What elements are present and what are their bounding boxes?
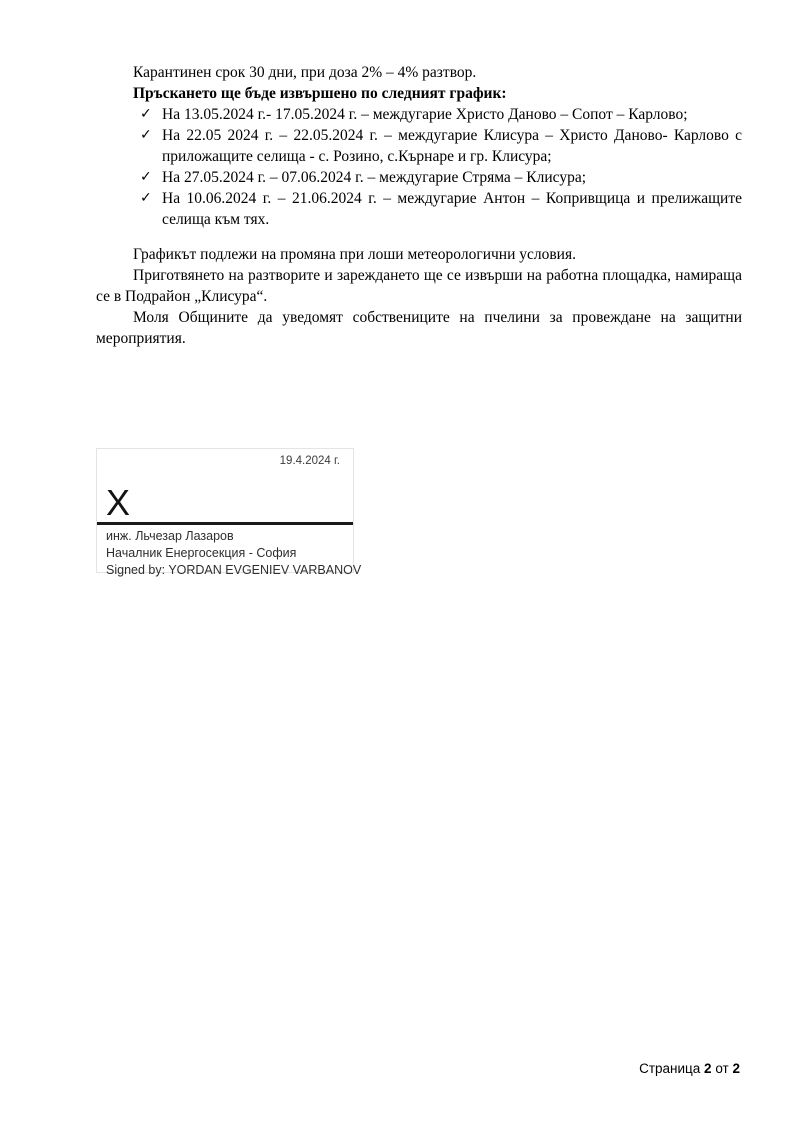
- schedule-item: ✓ На 13.05.2024 г.- 17.05.2024 г. – межд…: [96, 104, 742, 125]
- footer-page-number: 2: [704, 1061, 712, 1076]
- signature-x-mark: X: [106, 485, 130, 521]
- signature-date: 19.4.2024 г.: [280, 455, 340, 467]
- preparation-paragraph: Приготвянето на разтворите и зареждането…: [96, 265, 742, 307]
- municipalities-paragraph: Моля Общините да уведомят собствениците …: [96, 307, 742, 349]
- signer-name: инж. Льчезар Лазаров: [106, 528, 349, 545]
- footer-total-pages: 2: [732, 1061, 740, 1076]
- schedule-item-text: На 22.05 2024 г. – 22.05.2024 г. – между…: [162, 127, 742, 165]
- quarantine-paragraph: Карантинен срок 30 дни, при доза 2% – 4%…: [96, 62, 742, 83]
- signature-details: инж. Льчезар Лазаров Началник Енергосекц…: [106, 528, 349, 579]
- document-body: Карантинен срок 30 дни, при доза 2% – 4%…: [96, 62, 742, 349]
- signed-by-line: Signed by: YORDAN EVGENIEV VARBANOV: [106, 562, 349, 579]
- checkmark-icon: ✓: [140, 188, 152, 209]
- schedule-item-text: На 10.06.2024 г. – 21.06.2024 г. – между…: [162, 190, 742, 228]
- schedule-list: ✓ На 13.05.2024 г.- 17.05.2024 г. – межд…: [96, 104, 742, 230]
- checkmark-icon: ✓: [140, 167, 152, 188]
- footer-page-label: Страница: [639, 1061, 700, 1076]
- signature-line: [97, 522, 353, 525]
- schedule-item: ✓ На 22.05 2024 г. – 22.05.2024 г. – меж…: [96, 125, 742, 167]
- digital-signature-block: 19.4.2024 г. X инж. Льчезар Лазаров Нача…: [96, 448, 354, 573]
- schedule-item: ✓ На 27.05.2024 г. – 07.06.2024 г. – меж…: [96, 167, 742, 188]
- signer-title: Началник Енергосекция - София: [106, 545, 349, 562]
- page-footer: Страница 2 от 2: [639, 1061, 740, 1076]
- weather-note-paragraph: Графикът подлежи на промяна при лоши мет…: [96, 244, 742, 265]
- schedule-item-text: На 13.05.2024 г.- 17.05.2024 г. – междуг…: [162, 106, 688, 123]
- checkmark-icon: ✓: [140, 104, 152, 125]
- schedule-heading: Пръскането ще бъде извършено по следният…: [96, 83, 742, 104]
- footer-of-label: от: [715, 1061, 728, 1076]
- schedule-item: ✓ На 10.06.2024 г. – 21.06.2024 г. – меж…: [96, 188, 742, 230]
- schedule-item-text: На 27.05.2024 г. – 07.06.2024 г. – между…: [162, 169, 586, 186]
- checkmark-icon: ✓: [140, 125, 152, 146]
